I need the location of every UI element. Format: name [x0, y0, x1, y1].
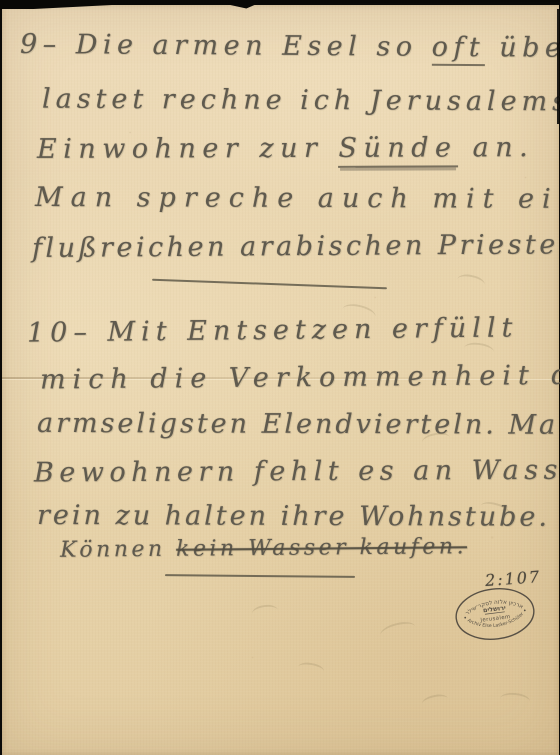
handwritten-line: lastet rechne ich Jerusalems [42, 84, 560, 118]
handwritten-text: mich die Verkommenheit der [40, 359, 560, 395]
handwritten-text: rein zu halten ihre Wohnstube. Sie [37, 500, 560, 533]
handwritten-text: flußreichen arabischen Priestern. [32, 229, 560, 264]
handwritten-text: 9– Die armen Esel so [20, 29, 432, 63]
handwritten-text: armseligsten Elendvierteln. Manchen [37, 408, 560, 441]
section-divider [152, 279, 387, 290]
ink-showthrough [499, 691, 530, 708]
section-divider [165, 574, 355, 578]
handwritten-text: Können [60, 537, 176, 563]
ink-showthrough [297, 661, 325, 677]
handwritten-line: Bewohnern fehlt es an Wasser- [34, 454, 560, 488]
handwritten-line: Man spreche auch mit ein= [35, 182, 560, 215]
archive-stamp: ארכיון אלזה לסקר־שילר ירושלים Jerusalem … [450, 581, 540, 647]
underlined-word: Sünde [338, 132, 457, 167]
handwritten-line: Einwohner zur Sünde an. [37, 132, 534, 165]
stamp-dot [524, 609, 526, 611]
handwritten-line: mich die Verkommenheit der [40, 359, 560, 395]
handwritten-line: 10– Mit Entsetzen erfüllt [27, 312, 519, 348]
handwritten-line: Können kein Wasser kaufen. [60, 534, 467, 563]
ink-showthrough [421, 692, 449, 709]
handwritten-text: an. [457, 132, 534, 163]
stamp-border [453, 584, 537, 643]
stamp-dot [464, 617, 466, 619]
handwritten-line: 9– Die armen Esel so oft über= [20, 29, 560, 64]
ink-showthrough [251, 603, 279, 620]
handwritten-line: armseligsten Elendvierteln. Manchen [37, 408, 560, 441]
handwritten-text: Einwohner zur [37, 133, 339, 165]
handwritten-text: 10– Mit Entsetzen erfüllt [27, 312, 519, 348]
struck-text: kein Wasser kaufen. [176, 534, 467, 562]
scan-edge-artifact [0, 598, 2, 643]
handwritten-text: lastet rechne ich Jerusalems [42, 84, 560, 118]
ink-showthrough [456, 272, 486, 292]
handwritten-text: Bewohnern fehlt es an Wasser- [34, 454, 560, 488]
handwritten-text: Man spreche auch mit ein= [35, 182, 560, 215]
manuscript-page: 9– Die armen Esel so oft über= lastet re… [2, 5, 559, 755]
handwritten-line: rein zu halten ihre Wohnstube. Sie [37, 500, 560, 533]
underlined-word: oft [431, 32, 485, 66]
handwritten-line: flußreichen arabischen Priestern. [32, 229, 560, 264]
ink-showthrough [379, 619, 418, 643]
handwritten-text: über= [485, 32, 560, 64]
